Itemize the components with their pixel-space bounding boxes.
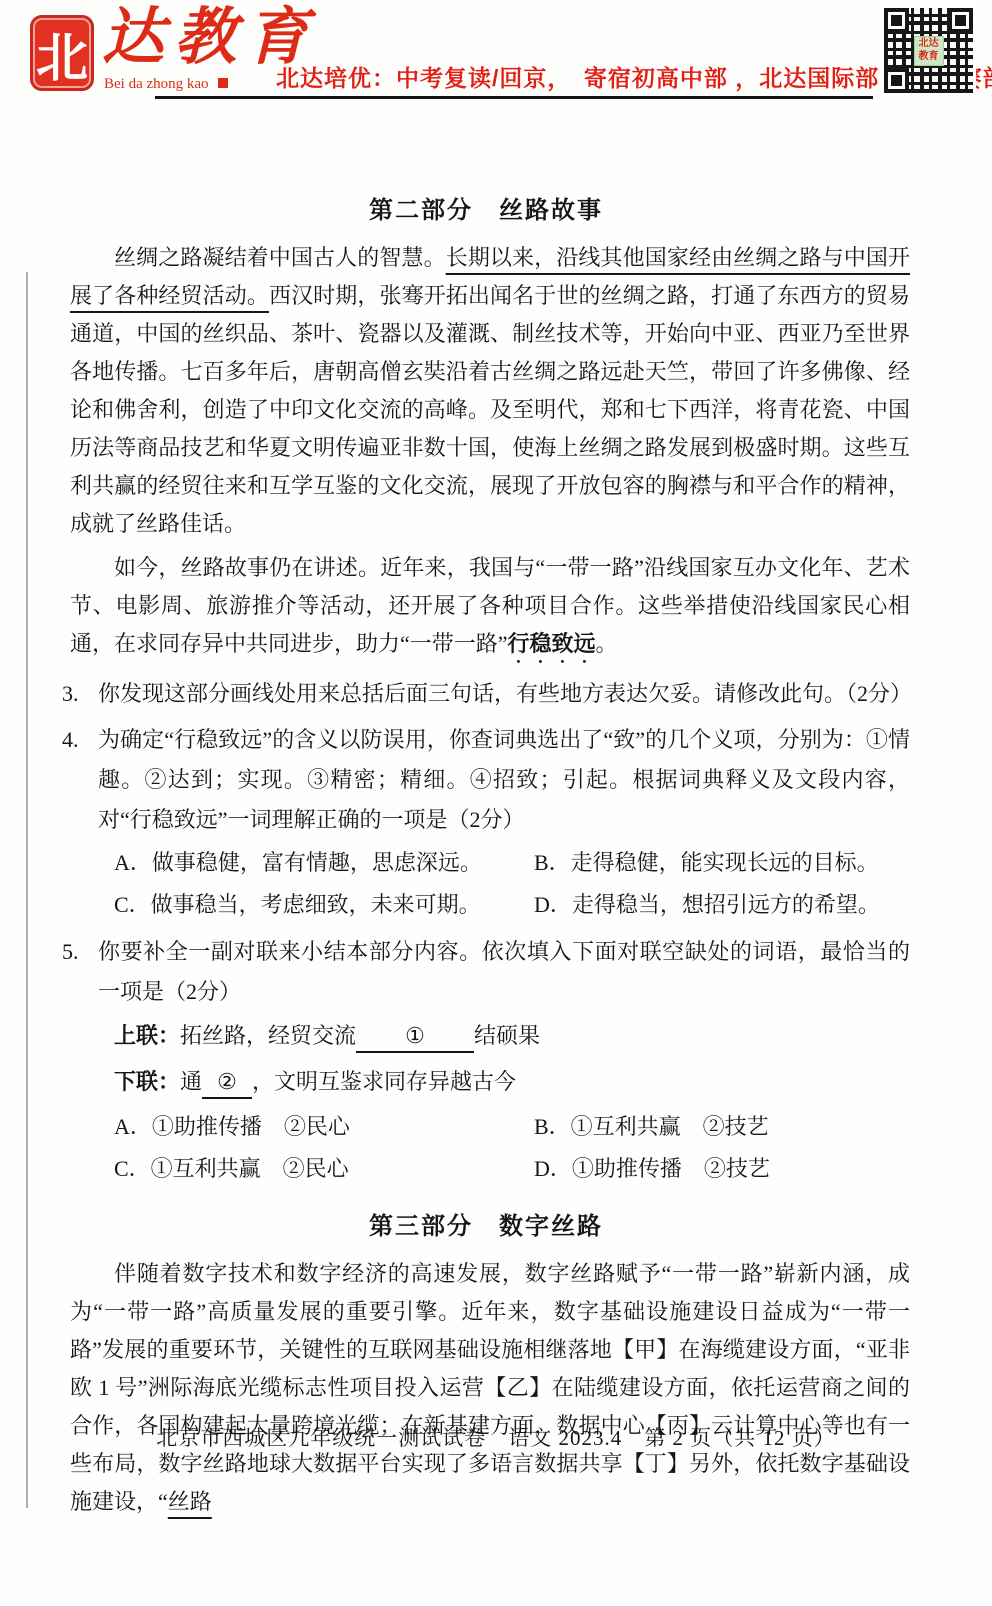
qr-finder-icon (884, 68, 909, 93)
section-2-title: 第二部分 丝路故事 (62, 190, 910, 225)
exam-content: 第二部分 丝路故事 丝绸之路凝结着中国古人的智慧。长期以来，沿线其他国家经由丝绸… (62, 190, 910, 1527)
question-3-number: 3. (62, 674, 98, 714)
question-4-options: A．做事稳健，富有情趣，思虑深远。 B．走得稳健，能实现长远的目标。 C．做事稳… (62, 842, 910, 926)
qr-center-label: 北达 教育 (914, 36, 944, 66)
couplet-upper-label: 上联： (114, 1023, 180, 1048)
para-text: 伴随着数字技术和数字经济的高速发展，数字丝路赋予“一带一路”崭新内涵，成为“一带… (70, 1261, 910, 1514)
qr-finder-icon (948, 8, 973, 33)
option-b: B．①互利共赢 ②技艺 (534, 1106, 910, 1148)
question-5: 5. 你要补全一副对联来小结本部分内容。依次填入下面对联空缺处的词语，最恰当的一… (62, 932, 910, 1012)
exam-page: 北 达教育 Bei da zhong kao 北达培优：中考复读/回京， 寄宿初… (0, 0, 992, 1606)
para-text: 。 (596, 631, 618, 656)
question-5-text: 你要补全一副对联来小结本部分内容。依次填入下面对联空缺处的词语，最恰当的一项是（… (98, 932, 910, 1012)
option-c: C．做事稳当，考虑细致，未来可期。 (114, 884, 534, 926)
blank-1: ① (356, 1021, 474, 1053)
option-d: D．①助推传播 ②技艺 (534, 1148, 910, 1190)
question-3-text: 你发现这部分画线处用来总括后面三句话，有些地方表达欠妥。请修改此句。（2分） (98, 674, 910, 714)
question-5-number: 5. (62, 932, 98, 1012)
question-5-options: A．①助推传播 ②民心 B．①互利共赢 ②技艺 C．①互利共赢 ②民心 D．①助… (62, 1106, 910, 1190)
qr-center-line1: 北达 (915, 37, 943, 50)
emphasized-term: 行稳致远 (508, 631, 596, 656)
footer-line: 北京市西城区九年级统一测试试卷 语文 2023.4 第 2 页（共 12 页） (0, 1422, 992, 1452)
qr-code: 北达 教育 (881, 5, 976, 96)
brand-square-icon (218, 78, 228, 88)
logo-seal: 北 (30, 15, 94, 91)
option-a: A．①助推传播 ②民心 (114, 1106, 534, 1148)
option-d: D．走得稳当，想招引远方的希望。 (534, 884, 910, 926)
couplet-lower-after: ，文明互鉴求同存异越古今 (252, 1069, 516, 1094)
para-text: 如今，丝路故事仍在讲述。近年来，我国与“一带一路”沿线国家互办文化年、艺术节、电… (70, 555, 910, 656)
para-silk-history: 丝绸之路凝结着中国古人的智慧。长期以来，沿线其他国家经由丝绸之路与中国开展了各种… (62, 239, 910, 543)
scan-artifact-line (26, 272, 28, 1508)
para-silk-today: 如今，丝路故事仍在讲述。近年来，我国与“一带一路”沿线国家互办文化年、艺术节、电… (62, 549, 910, 668)
underlined-proper-noun: 丝路 (168, 1489, 212, 1514)
couplet-upper-after: 结硕果 (474, 1023, 540, 1048)
para-text: 西汉时期，张骞开拓出闻名于世的丝绸之路，打通了东西方的贸易通道，中国的丝织品、茶… (70, 283, 910, 536)
question-4-number: 4. (62, 720, 98, 840)
option-a: A．做事稳健，富有情趣，思虑深远。 (114, 842, 534, 884)
qr-finder-icon (884, 8, 909, 33)
para-digital-silk: 伴随着数字技术和数字经济的高速发展，数字丝路赋予“一带一路”崭新内涵，成为“一带… (62, 1255, 910, 1521)
blank-2: ② (202, 1067, 252, 1099)
couplet-upper: 上联：拓丝路，经贸交流①结硕果 (62, 1014, 910, 1058)
header-rule (155, 96, 873, 99)
qr-center-line2: 教育 (915, 50, 943, 63)
couplet-lower-label: 下联： (114, 1069, 180, 1094)
question-4-text: 为确定“行稳致远”的含义以防误用，你查词典选出了“致”的几个义项，分别为：①情趣… (98, 720, 910, 840)
section-3-title: 第三部分 数字丝路 (62, 1206, 910, 1241)
brand-subtitle-text: Bei da zhong kao (104, 76, 209, 92)
question-4: 4. 为确定“行稳致远”的含义以防误用，你查词典选出了“致”的几个义项，分别为：… (62, 720, 910, 840)
option-b: B．走得稳健，能实现长远的目标。 (534, 842, 910, 884)
question-3: 3. 你发现这部分画线处用来总括后面三句话，有些地方表达欠妥。请修改此句。（2分… (62, 674, 910, 714)
para-text: 丝绸之路凝结着中国古人的智慧。 (114, 245, 446, 270)
couplet-upper-before: 拓丝路，经贸交流 (180, 1023, 356, 1048)
couplet-lower: 下联：通②，文明互鉴求同存异越古今 (62, 1060, 910, 1104)
couplet-lower-before: 通 (180, 1069, 202, 1094)
brand-subtitle: Bei da zhong kao (104, 76, 228, 93)
logo-seal-character: 北 (36, 16, 88, 91)
option-c: C．①互利共赢 ②民心 (114, 1148, 534, 1190)
